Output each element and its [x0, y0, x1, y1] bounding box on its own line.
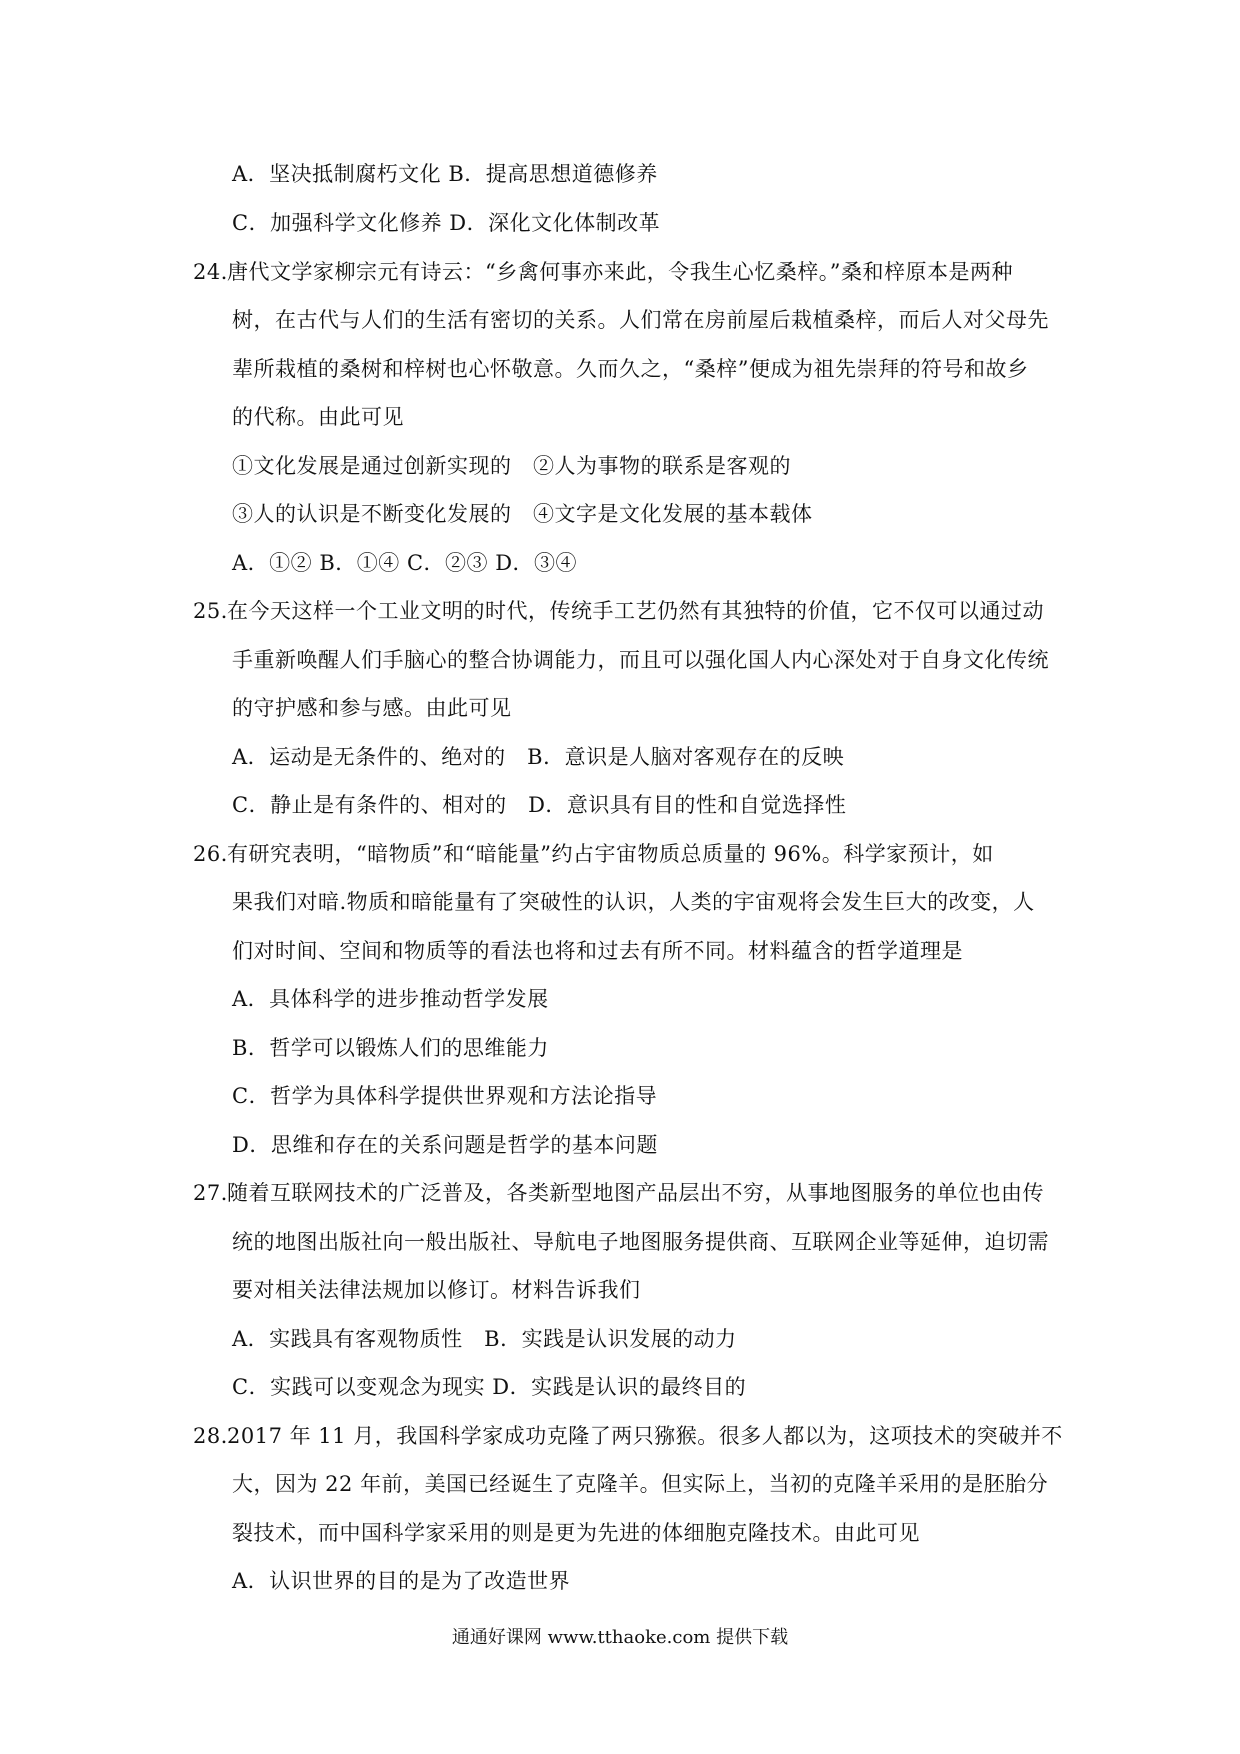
line-text: C．实践可以变观念为现实 D．实践是认识的最终目的: [232, 1375, 746, 1399]
page-footer: 通通好课网 www.tthaoke.com 提供下载: [0, 1626, 1240, 1650]
text-line: D．思维和存在的关系问题是哲学的基本问题: [232, 1131, 658, 1159]
question-line: 26．有研究表明，“暗物质”和“暗能量”约占宇宙物质总质量的 96%。科学家预计…: [193, 840, 994, 868]
text-line: 们对时间、空间和物质等的看法也将和过去有所不同。材料蕴含的哲学道理是: [232, 937, 963, 965]
text-line: A．实践具有客观物质性 B．实践是认识发展的动力: [232, 1325, 737, 1353]
line-text: ①文化发展是通过创新实现的 ②人为事物的联系是客观的: [232, 454, 791, 478]
line-text: 大，因为 22 年前，美国已经诞生了克隆羊。但实际上，当初的克隆羊采用的是胚胎分: [232, 1472, 1048, 1496]
line-text: A．实践具有客观物质性 B．实践是认识发展的动力: [232, 1327, 737, 1351]
line-text: D．思维和存在的关系问题是哲学的基本问题: [232, 1133, 658, 1157]
question-line: 24．唐代文学家柳宗元有诗云：“乡禽何事亦来此，令我生心忆桑梓。”桑和梓原本是两…: [193, 258, 1013, 286]
line-text: A．认识世界的目的是为了改造世界: [232, 1569, 570, 1593]
line-text: A．①② B．①④ C．②③ D．③④: [232, 551, 577, 575]
text-line: A．运动是无条件的、绝对的 B．意识是人脑对客观存在的反映: [232, 743, 844, 771]
line-text: C．加强科学文化修养 D．深化文化体制改革: [232, 211, 660, 235]
line-text: C．哲学为具体科学提供世界观和方法论指导: [232, 1084, 657, 1108]
text-line: C．加强科学文化修养 D．深化文化体制改革: [232, 209, 660, 237]
text-line: A．①② B．①④ C．②③ D．③④: [232, 549, 577, 577]
question-number: 27．: [193, 1179, 227, 1207]
line-text: 手重新唤醒人们手脑心的整合协调能力，而且可以强化国人内心深处对于自身文化传统: [232, 648, 1049, 672]
line-text: 裂技术，而中国科学家采用的则是更为先进的体细胞克隆技术。由此可见: [232, 1521, 920, 1545]
text-line: A．具体科学的进步推动哲学发展: [232, 985, 549, 1013]
line-text: 的代称。由此可见: [232, 405, 404, 429]
line-text: 辈所栽植的桑树和梓树也心怀敬意。久而久之，“桑梓”便成为祖先崇拜的符号和故乡: [232, 357, 1028, 381]
question-number: 28．: [193, 1422, 227, 1450]
text-line: 的代称。由此可见: [232, 403, 404, 431]
line-text: 树，在古代与人们的生活有密切的关系。人们常在房前屋后栽植桑梓，而后人对父母先: [232, 308, 1049, 332]
text-line: 大，因为 22 年前，美国已经诞生了克隆羊。但实际上，当初的克隆羊采用的是胚胎分: [232, 1470, 1048, 1498]
line-text: B．哲学可以锻炼人们的思维能力: [232, 1036, 549, 1060]
text-line: C．哲学为具体科学提供世界观和方法论指导: [232, 1082, 657, 1110]
text-line: 的守护感和参与感。由此可见: [232, 694, 512, 722]
text-line: C．静止是有条件的、相对的 D．意识具有目的性和自觉选择性: [232, 791, 846, 819]
line-text: 有研究表明，“暗物质”和“暗能量”约占宇宙物质总质量的 96%。科学家预计，如: [227, 842, 994, 866]
line-text: 统的地图出版社向一般出版社、导航电子地图服务提供商、互联网企业等延伸，迫切需: [232, 1230, 1049, 1254]
question-number: 25．: [193, 597, 227, 625]
text-line: A．坚决抵制腐朽文化 B．提高思想道德修养: [232, 160, 658, 188]
question-line: 28．2017 年 11 月，我国科学家成功克隆了两只猕猴。很多人都以为，这项技…: [193, 1422, 1063, 1450]
text-line: B．哲学可以锻炼人们的思维能力: [232, 1034, 549, 1062]
line-text: 在今天这样一个工业文明的时代，传统手工艺仍然有其独特的价值，它不仅可以通过动: [227, 599, 1044, 623]
line-text: 们对时间、空间和物质等的看法也将和过去有所不同。材料蕴含的哲学道理是: [232, 939, 963, 963]
line-text: 要对相关法律法规加以修订。材料告诉我们: [232, 1278, 641, 1302]
line-text: C．静止是有条件的、相对的 D．意识具有目的性和自觉选择性: [232, 793, 846, 817]
line-text: 果我们对暗.物质和暗能量有了突破性的认识，人类的宇宙观将会发生巨大的改变，人: [232, 890, 1035, 914]
text-line: A．认识世界的目的是为了改造世界: [232, 1567, 570, 1595]
question-number: 26．: [193, 840, 227, 868]
line-text: 唐代文学家柳宗元有诗云：“乡禽何事亦来此，令我生心忆桑梓。”桑和梓原本是两种: [227, 260, 1013, 284]
text-line: 统的地图出版社向一般出版社、导航电子地图服务提供商、互联网企业等延伸，迫切需: [232, 1228, 1049, 1256]
text-line: 树，在古代与人们的生活有密切的关系。人们常在房前屋后栽植桑梓，而后人对父母先: [232, 306, 1049, 334]
text-line: 辈所栽植的桑树和梓树也心怀敬意。久而久之，“桑梓”便成为祖先崇拜的符号和故乡: [232, 355, 1028, 383]
text-line: 裂技术，而中国科学家采用的则是更为先进的体细胞克隆技术。由此可见: [232, 1519, 920, 1547]
text-line: ①文化发展是通过创新实现的 ②人为事物的联系是客观的: [232, 452, 791, 480]
text-line: 果我们对暗.物质和暗能量有了突破性的认识，人类的宇宙观将会发生巨大的改变，人: [232, 888, 1035, 916]
question-line: 27．随着互联网技术的广泛普及，各类新型地图产品层出不穷，从事地图服务的单位也由…: [193, 1179, 1044, 1207]
text-line: 手重新唤醒人们手脑心的整合协调能力，而且可以强化国人内心深处对于自身文化传统: [232, 646, 1049, 674]
line-text: ③人的认识是不断变化发展的 ④文字是文化发展的基本载体: [232, 502, 813, 526]
line-text: A．坚决抵制腐朽文化 B．提高思想道德修养: [232, 162, 658, 186]
question-number: 24．: [193, 258, 227, 286]
text-line: ③人的认识是不断变化发展的 ④文字是文化发展的基本载体: [232, 500, 813, 528]
line-text: A．具体科学的进步推动哲学发展: [232, 987, 549, 1011]
line-text: A．运动是无条件的、绝对的 B．意识是人脑对客观存在的反映: [232, 745, 844, 769]
question-line: 25．在今天这样一个工业文明的时代，传统手工艺仍然有其独特的价值，它不仅可以通过…: [193, 597, 1044, 625]
text-line: 要对相关法律法规加以修订。材料告诉我们: [232, 1276, 641, 1304]
text-line: C．实践可以变观念为现实 D．实践是认识的最终目的: [232, 1373, 746, 1401]
line-text: 的守护感和参与感。由此可见: [232, 696, 512, 720]
line-text: 随着互联网技术的广泛普及，各类新型地图产品层出不穷，从事地图服务的单位也由传: [227, 1181, 1044, 1205]
line-text: 2017 年 11 月，我国科学家成功克隆了两只猕猴。很多人都以为，这项技术的突…: [227, 1424, 1063, 1448]
